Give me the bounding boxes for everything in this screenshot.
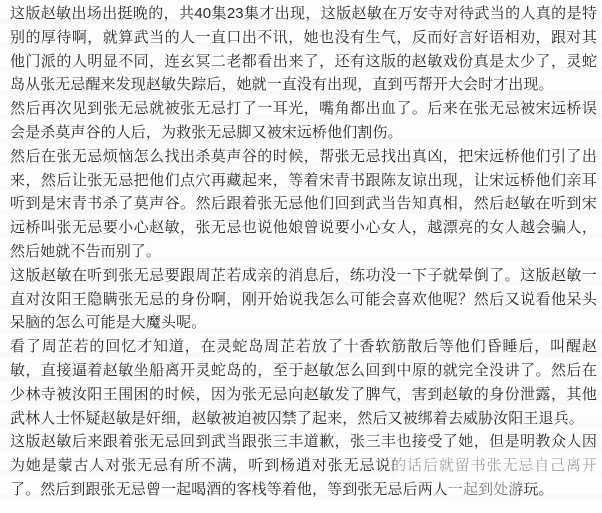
paragraph-2: 然后再次见到张无忌就被张无忌打了一耳光，嘴角都出血了。后来在张无忌被宋远桥误会是…: [10, 97, 597, 145]
article-text-block: 这版赵敏出场出挺晚的，共40集23集才出现，这版赵敏在万安寺对待武当的人真的是特…: [0, 0, 602, 502]
paragraph-5: 看了周芷若的回忆才知道，在灵蛇岛周芷若放了十香软筋散后等他们昏睡后，叫醒赵敏，直…: [10, 335, 597, 430]
paragraph-1: 这版赵敏出场出挺晚的，共40集23集才出现，这版赵敏在万安寺对待武当的人真的是特…: [10, 2, 597, 97]
paragraph-6: 这版赵敏后来跟着张无忌回到武当跟张三丰道歉，张三丰也接受了她，但是明教众人因为她…: [10, 430, 597, 501]
paragraph-4: 这版赵敏在听到张无忌要跟周芷若成亲的消息后，练功没一下子就晕倒了。这版赵敏一直对…: [10, 264, 597, 335]
paragraph-3: 然后在张无忌烦恼怎么找出杀莫声谷的时候，帮张无忌找出真凶，把宋远桥他们引了出来，…: [10, 145, 597, 264]
article-page: 这版赵敏出场出挺晚的，共40集23集才出现，这版赵敏在万安寺对待武当的人真的是特…: [0, 0, 602, 513]
